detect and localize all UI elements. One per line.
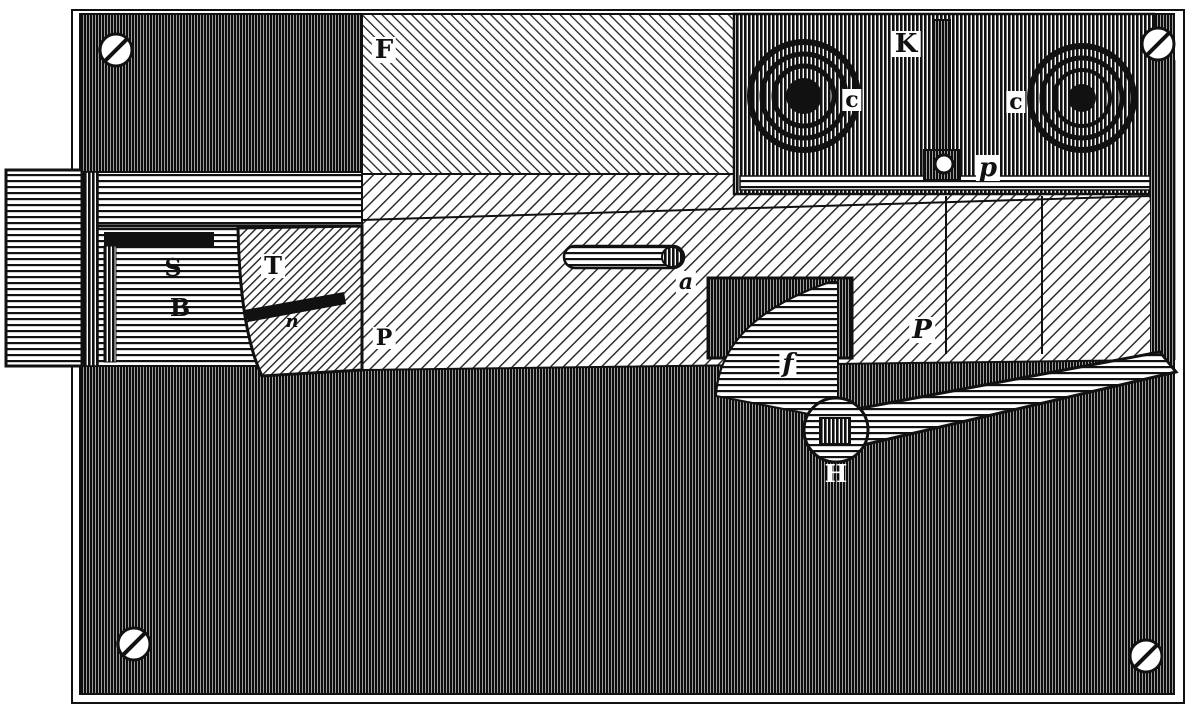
label-c-right: c — [1006, 91, 1025, 113]
label-n: n — [282, 313, 301, 331]
label-K: K — [892, 31, 921, 57]
slot-a — [564, 246, 684, 268]
label-a: a — [676, 271, 696, 293]
screw-icon — [1130, 640, 1162, 672]
label-f: f — [779, 351, 796, 377]
label-H: H — [822, 462, 851, 486]
plate-F — [362, 14, 734, 174]
screw-icon — [1142, 28, 1174, 60]
label-B: B — [167, 296, 193, 320]
label-F: F — [372, 37, 396, 63]
label-P-left: P — [373, 327, 396, 349]
screw-icon — [118, 628, 150, 660]
tumbler-T — [238, 226, 362, 376]
label-p-small: p — [976, 155, 1000, 181]
label-c-left: c — [842, 89, 861, 111]
label-T: T — [261, 254, 285, 278]
label-S: S — [161, 256, 184, 280]
label-P-right: P — [909, 317, 935, 343]
bolt-head — [6, 170, 82, 366]
screw-icon — [100, 34, 132, 66]
